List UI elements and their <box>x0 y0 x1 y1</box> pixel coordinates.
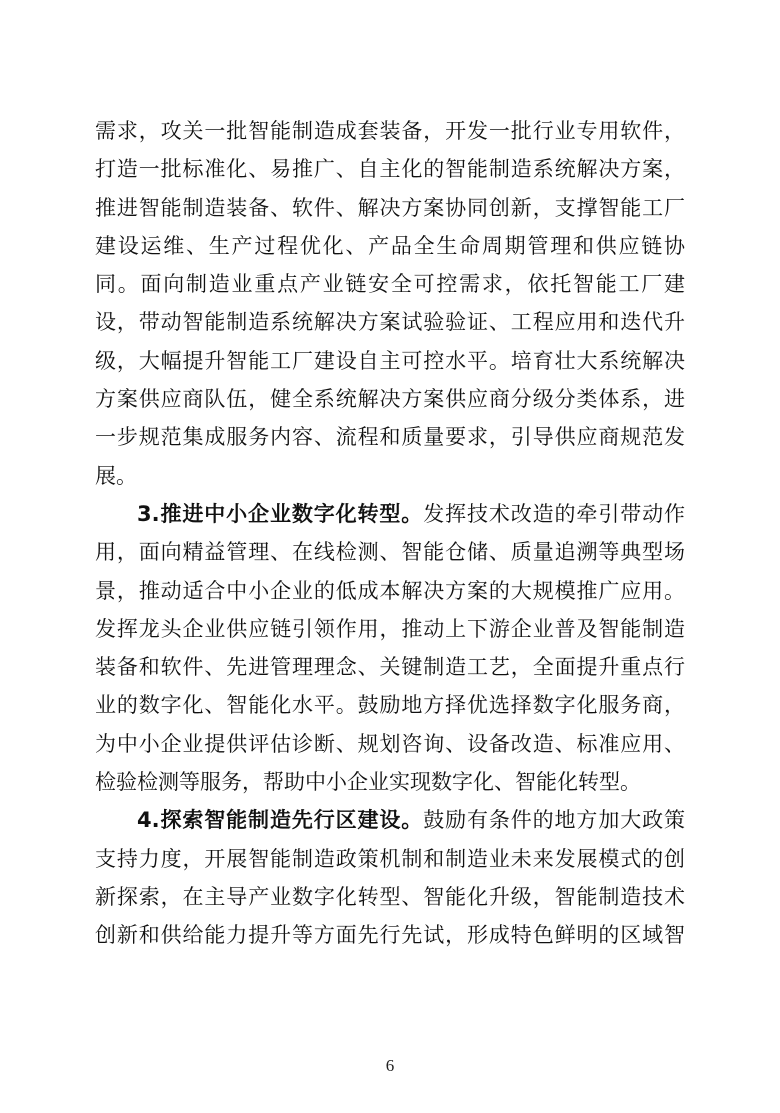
paragraph-sme-digital-transformation: 3.推进中小企业数字化转型。发挥技术改造的牵引带动作 用，面向精益管理、在线检测… <box>95 495 685 801</box>
text-line: 3.推进中小企业数字化转型。发挥技术改造的牵引带动作 <box>95 495 685 533</box>
section-heading: 4.探索智能制造先行区建设。 <box>137 808 423 832</box>
text-line: 发挥龙头企业供应链引领作用，推动上下游企业普及智能制造 <box>95 610 685 648</box>
text-line: 展。 <box>95 457 685 495</box>
section-heading: 3.推进中小企业数字化转型。 <box>137 502 423 526</box>
text-line: 检验检测等服务，帮助中小企业实现数字化、智能化转型。 <box>95 763 685 801</box>
text-line: 需求，攻关一批智能制造成套装备，开发一批行业专用软件， <box>95 112 685 150</box>
text-line: 同。面向制造业重点产业链安全可控需求，依托智能工厂建 <box>95 265 685 303</box>
text-line: 级，大幅提升智能工厂建设自主可控水平。培育壮大系统解决 <box>95 342 685 380</box>
text-span: 鼓励有条件的地方加大政策 <box>423 808 685 832</box>
text-line: 创新和供给能力提升等方面先行先试，形成特色鲜明的区域智 <box>95 916 685 954</box>
text-line: 打造一批标准化、易推广、自主化的智能制造系统解决方案， <box>95 150 685 188</box>
paragraph-supply-solutions: 需求，攻关一批智能制造成套装备，开发一批行业专用软件， 打造一批标准化、易推广、… <box>95 112 685 495</box>
text-line: 方案供应商队伍，健全系统解决方案供应商分级分类体系，进 <box>95 380 685 418</box>
paragraph-pilot-zone: 4.探索智能制造先行区建设。鼓励有条件的地方加大政策 支持力度，开展智能制造政策… <box>95 801 685 954</box>
text-line: 用，面向精益管理、在线检测、智能仓储、质量追溯等典型场 <box>95 533 685 571</box>
document-page: 需求，攻关一批智能制造成套装备，开发一批行业专用软件， 打造一批标准化、易推广、… <box>95 112 685 955</box>
text-line: 业的数字化、智能化水平。鼓励地方择优选择数字化服务商， <box>95 686 685 724</box>
text-line: 新探索，在主导产业数字化转型、智能化升级，智能制造技术 <box>95 878 685 916</box>
text-line: 4.探索智能制造先行区建设。鼓励有条件的地方加大政策 <box>95 801 685 839</box>
text-span: 发挥技术改造的牵引带动作 <box>423 502 685 526</box>
text-line: 一步规范集成服务内容、流程和质量要求，引导供应商规范发 <box>95 418 685 456</box>
page-number: 6 <box>0 1056 780 1076</box>
text-line: 推进智能制造装备、软件、解决方案协同创新，支撑智能工厂 <box>95 189 685 227</box>
text-line: 设，带动智能制造系统解决方案试验验证、工程应用和迭代升 <box>95 303 685 341</box>
text-line: 景，推动适合中小企业的低成本解决方案的大规模推广应用。 <box>95 572 685 610</box>
text-line: 为中小企业提供评估诊断、规划咨询、设备改造、标准应用、 <box>95 725 685 763</box>
text-line: 装备和软件、先进管理理念、关键制造工艺，全面提升重点行 <box>95 648 685 686</box>
text-line: 建设运维、生产过程优化、产品全生命周期管理和供应链协 <box>95 227 685 265</box>
text-line: 支持力度，开展智能制造政策机制和制造业未来发展模式的创 <box>95 840 685 878</box>
